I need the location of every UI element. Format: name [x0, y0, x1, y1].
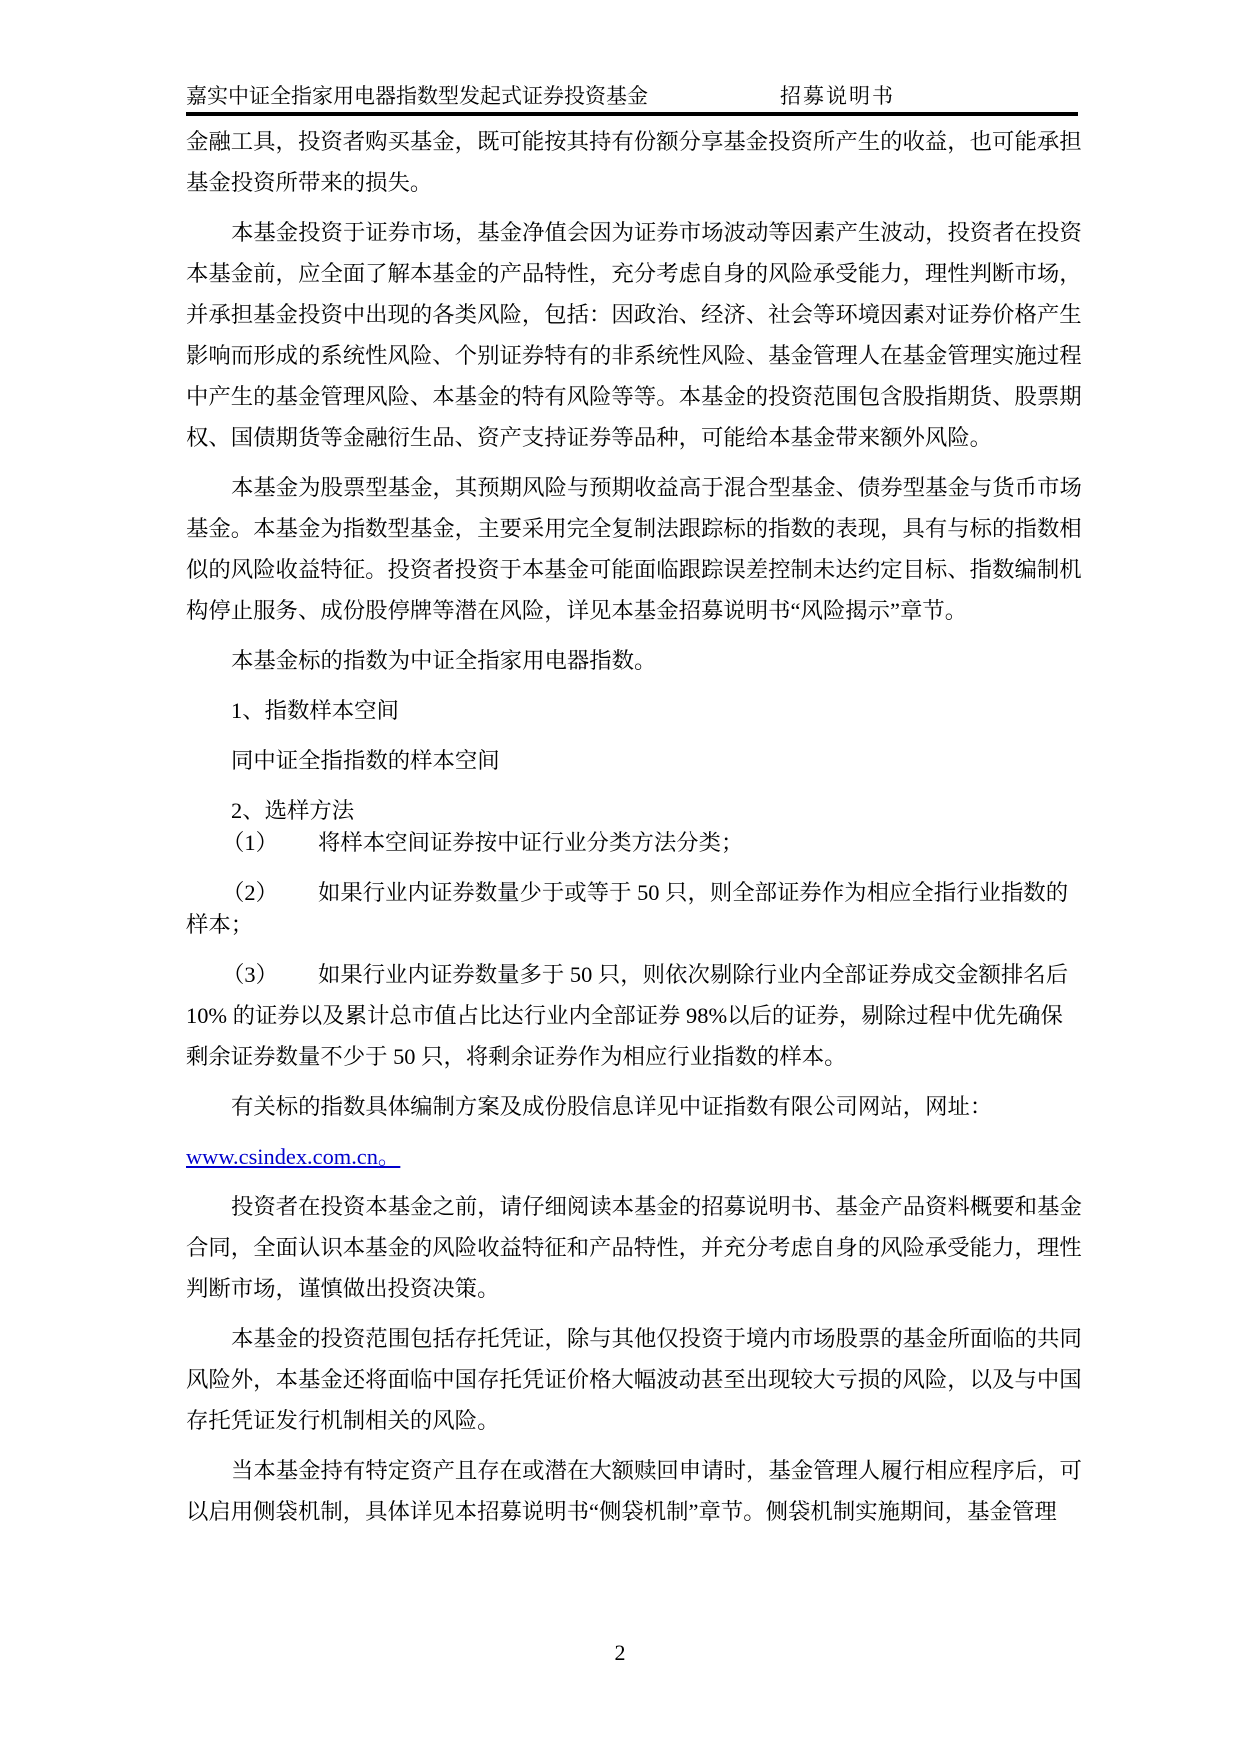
text-line: 本基金标的指数为中证全指家用电器指数。	[186, 640, 1078, 681]
text-line: 合同，全面认识本基金的风险收益特征和产品特性，并充分考虑自身的风险承受能力，理性	[186, 1227, 1078, 1268]
page-number: 2	[615, 1640, 626, 1665]
text-line: 以启用侧袋机制，具体详见本招募说明书“侧袋机制”章节。侧袋机制实施期间，基金管理	[186, 1491, 1078, 1532]
text-line: 风险外，本基金还将面临中国存托凭证价格大幅波动甚至出现较大亏损的风险，以及与中国	[186, 1359, 1078, 1400]
header-doc-type: 招募说明书	[780, 80, 895, 110]
text-line: 本基金为股票型基金，其预期风险与预期收益高于混合型基金、债券型基金与货币市场	[186, 467, 1078, 508]
text-line: 当本基金持有特定资产且存在或潜在大额赎回申请时，基金管理人履行相应程序后，可	[186, 1450, 1078, 1491]
text-line: 1、指数样本空间	[186, 690, 1078, 731]
text-line: 基金投资所带来的损失。	[186, 162, 1078, 203]
header-fund-name: 嘉实中证全指家用电器指数型发起式证券投资基金	[186, 80, 648, 110]
link-line: www.csindex.com.cn。	[186, 1136, 1078, 1177]
text-line: 本基金的投资范围包括存托凭证，除与其他仅投资于境内市场股票的基金所面临的共同	[186, 1318, 1078, 1359]
text-line: 基金。本基金为指数型基金，主要采用完全复制法跟踪标的指数的表现，具有与标的指数相	[186, 508, 1078, 549]
text-line: 本基金投资于证券市场，基金净值会因为证券市场波动等因素产生波动，投资者在投资	[186, 212, 1078, 253]
text-line: 构停止服务、成份股停牌等潜在风险，详见本基金招募说明书“风险揭示”章节。	[186, 590, 1078, 631]
text-line: 影响而形成的系统性风险、个别证券特有的非系统性风险、基金管理人在基金管理实施过程	[186, 335, 1078, 376]
text-line: 权、国债期货等金融衍生品、资产支持证券等品种，可能给本基金带来额外风险。	[186, 417, 1078, 458]
text-line: 中产生的基金管理风险、本基金的特有风险等等。本基金的投资范围包含股指期货、股票期	[186, 376, 1078, 417]
text-line: 判断市场，谨慎做出投资决策。	[186, 1268, 1078, 1309]
text-line: （1）将样本空间证券按中证行业分类方法分类；	[186, 822, 1078, 863]
document-page: 嘉实中证全指家用电器指数型发起式证券投资基金 招募说明书 金融工具，投资者购买基…	[0, 0, 1240, 1754]
text-line: 本基金前，应全面了解本基金的产品特性，充分考虑自身的风险承受能力，理性判断市场，	[186, 253, 1078, 294]
text-line: 剩余证券数量不少于 50 只，将剩余证券作为相应行业指数的样本。	[186, 1036, 1078, 1077]
text-line: 存托凭证发行机制相关的风险。	[186, 1400, 1078, 1441]
text-line: （2）如果行业内证券数量少于或等于 50 只，则全部证券作为相应全指行业指数的	[186, 872, 1078, 913]
text-line: 10% 的证券以及累计总市值占比达行业内全部证券 98%以后的证券，剔除过程中优…	[186, 995, 1078, 1036]
text-line: 并承担基金投资中出现的各类风险，包括：因政治、经济、社会等环境因素对证券价格产生	[186, 294, 1078, 335]
text-line: 投资者在投资本基金之前，请仔细阅读本基金的招募说明书、基金产品资料概要和基金	[186, 1186, 1078, 1227]
text-line: 似的风险收益特征。投资者投资于本基金可能面临跟踪误差控制未达约定目标、指数编制机	[186, 549, 1078, 590]
csindex-link[interactable]: www.csindex.com.cn。	[186, 1144, 400, 1169]
text-line: 有关标的指数具体编制方案及成份股信息详见中证指数有限公司网站，网址：	[186, 1086, 1078, 1127]
page-footer: 2	[0, 1640, 1240, 1666]
document-body: 金融工具，投资者购买基金，既可能按其持有份额分享基金投资所产生的收益，也可能承担…	[186, 121, 1078, 1532]
list-marker: （2）	[222, 872, 278, 913]
list-marker: （3）	[222, 954, 278, 995]
page-header: 嘉实中证全指家用电器指数型发起式证券投资基金 招募说明书	[186, 76, 1078, 116]
text-line: 金融工具，投资者购买基金，既可能按其持有份额分享基金投资所产生的收益，也可能承担	[186, 121, 1078, 162]
text-line: 同中证全指指数的样本空间	[186, 740, 1078, 781]
list-marker: （1）	[222, 822, 278, 863]
text-line: （3）如果行业内证券数量多于 50 只，则依次剔除行业内全部证券成交金额排名后	[186, 954, 1078, 995]
